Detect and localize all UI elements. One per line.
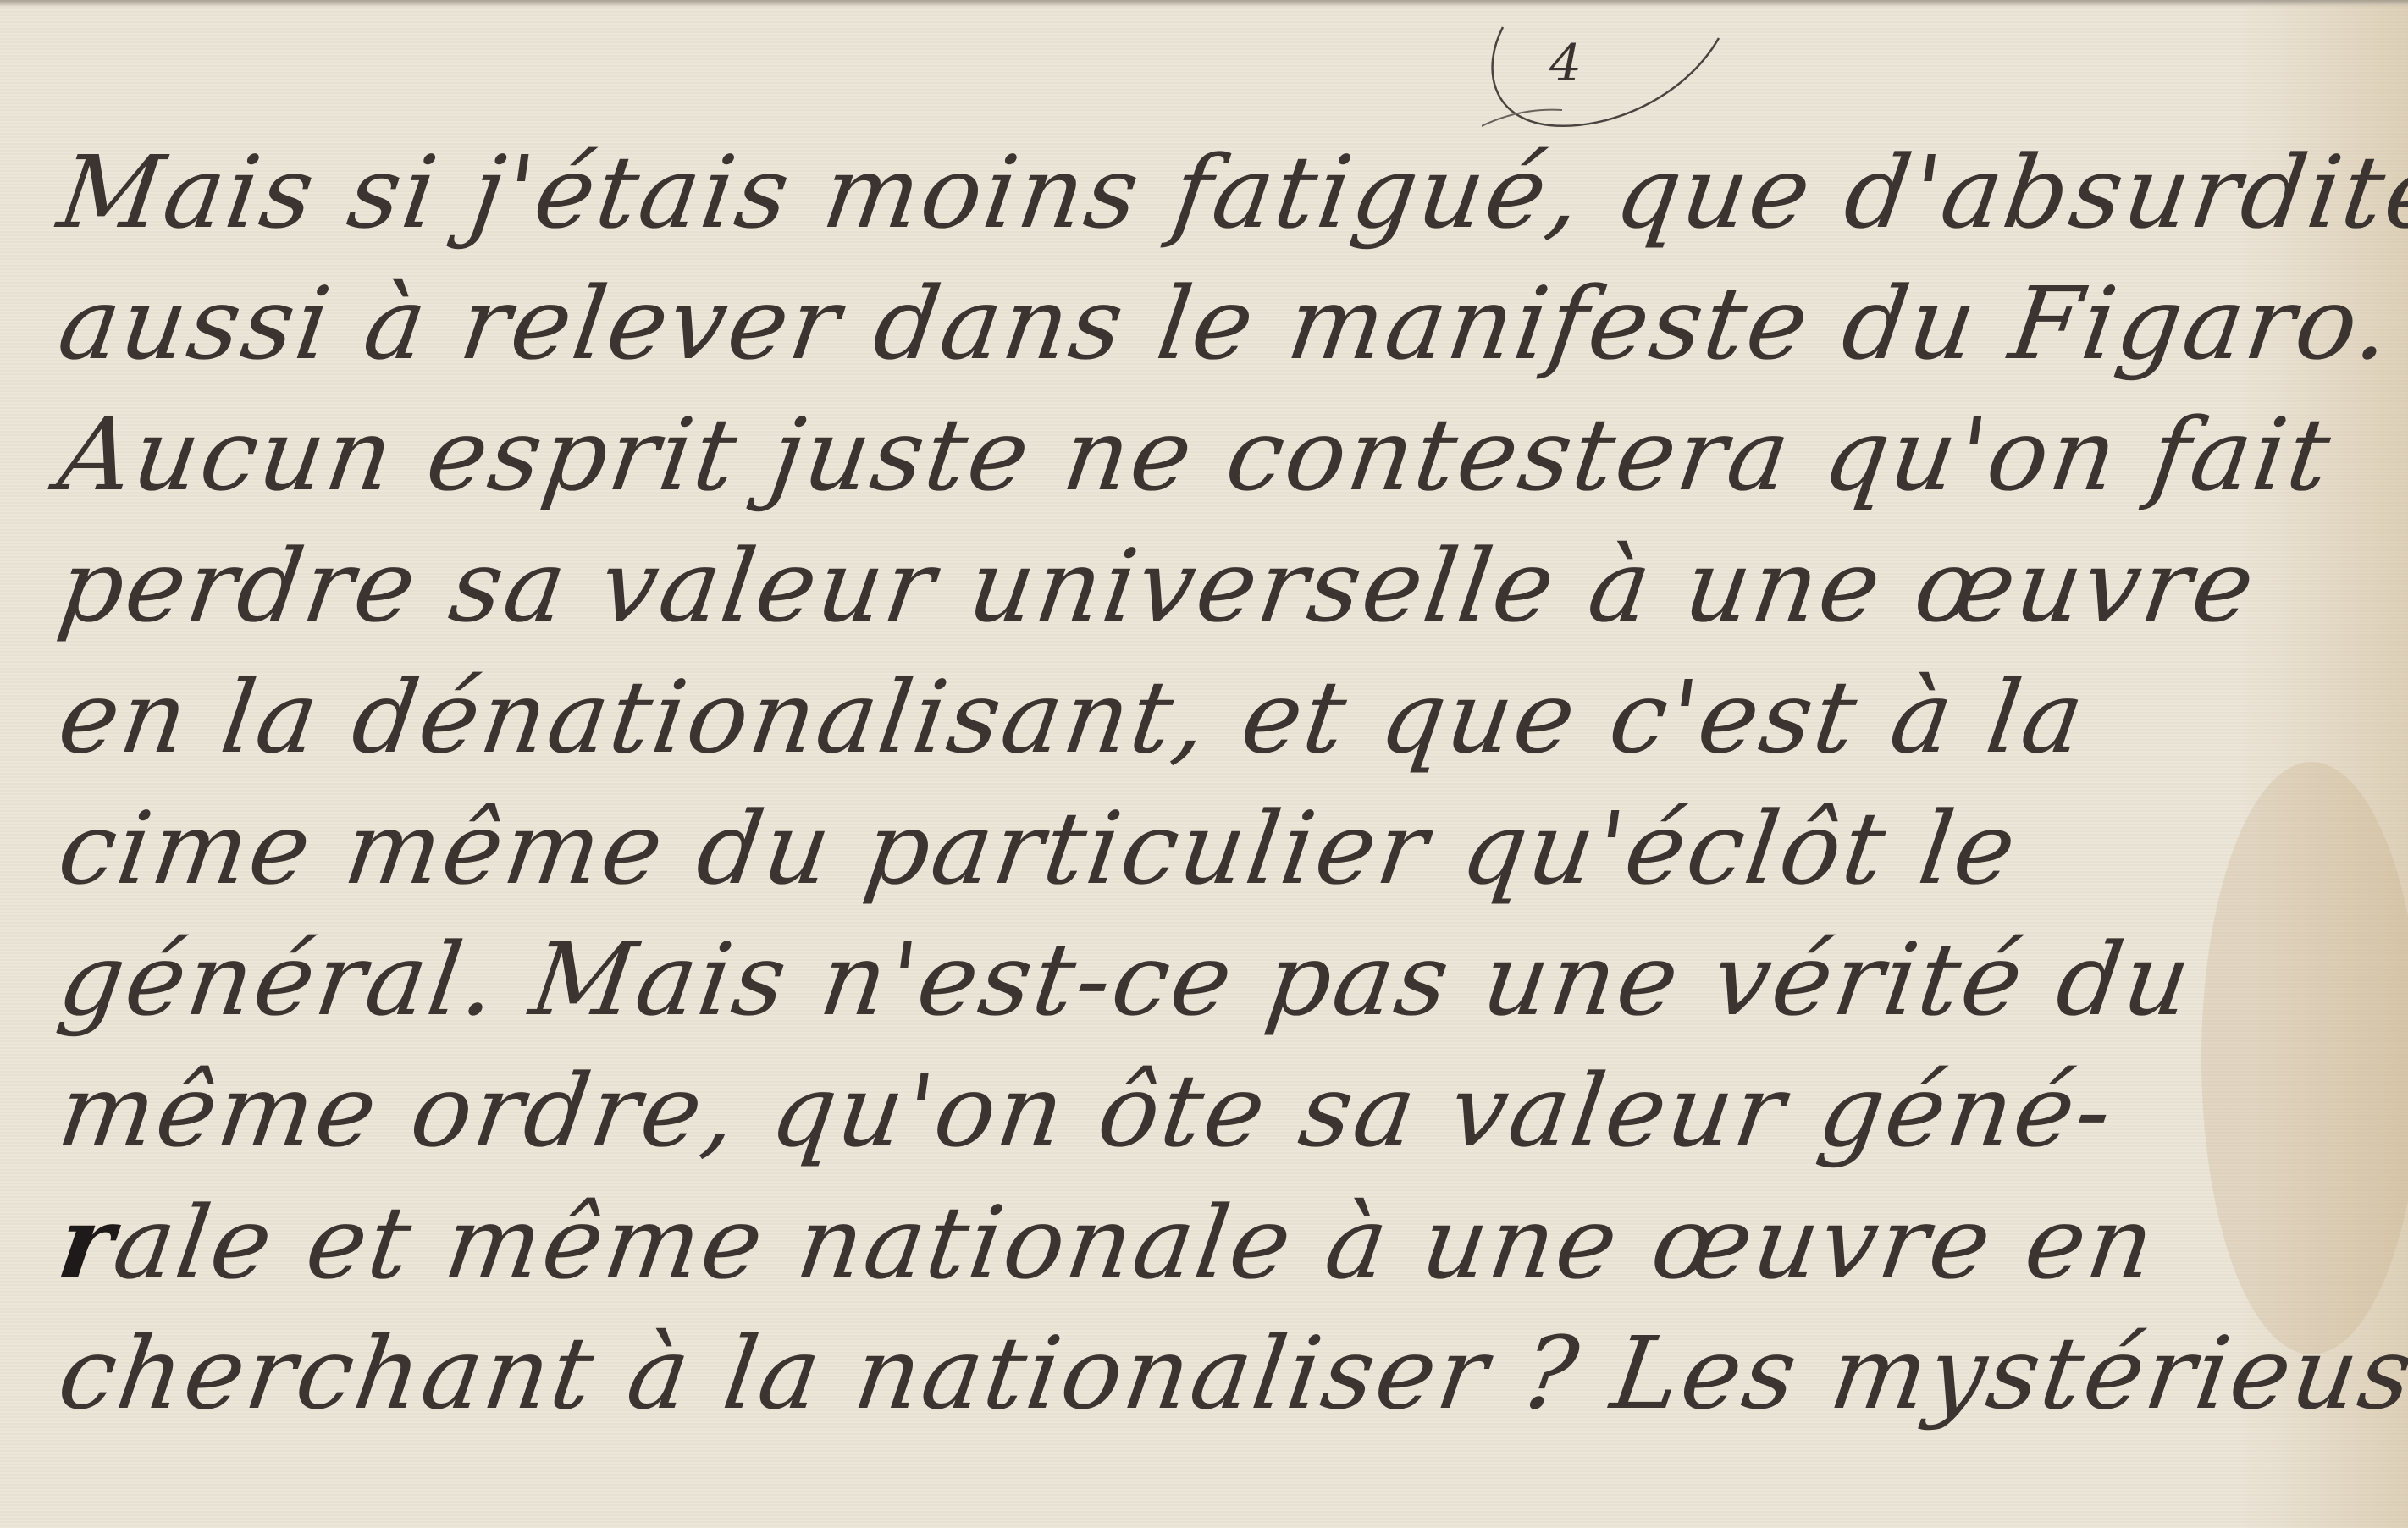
handwritten-text-block: Mais si j'étais moins fatigué, que d'abs… bbox=[51, 127, 2371, 1439]
text-line: aussi à relever dans le manifeste du Fig… bbox=[51, 258, 2389, 389]
text-line: général. Mais n'est-ce pas une vérité du bbox=[51, 914, 2389, 1045]
manuscript-page: 4 Mais si j'étais moins fatigué, que d'a… bbox=[0, 0, 2408, 1528]
text-line: cherchant à la nationaliser ? Les mystér… bbox=[51, 1308, 2389, 1439]
page-number: 4 bbox=[1549, 34, 1582, 93]
text-line: même ordre, qu'on ôte sa valeur géné- bbox=[51, 1045, 2389, 1177]
text-line: perdre sa valeur universelle à une œuvre bbox=[51, 521, 2389, 652]
text-line: Mais si j'étais moins fatigué, que d'abs… bbox=[51, 127, 2389, 258]
paper-top-edge bbox=[0, 0, 2408, 5]
text-line: Aucun esprit juste ne contestera qu'on f… bbox=[51, 389, 2389, 521]
text-line: cime même du particulier qu'éclôt le bbox=[51, 783, 2389, 914]
page-number-bracket-icon bbox=[1482, 17, 1736, 144]
text-line: rale et même nationale à une œuvre en bbox=[51, 1177, 2389, 1308]
text-line: en la dénationalisant, et que c'est à la bbox=[51, 652, 2389, 783]
